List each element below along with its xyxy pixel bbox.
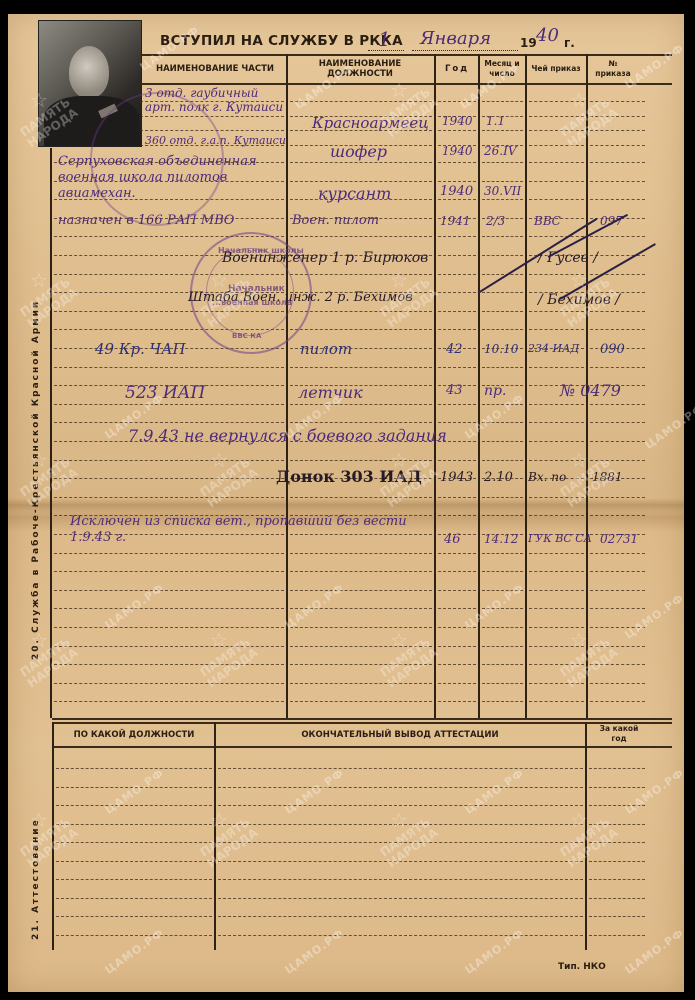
ruled-line [438, 255, 476, 257]
ruled-line [590, 683, 645, 685]
ruled-line [218, 916, 583, 918]
ruled-line [54, 627, 284, 629]
entry-1-date: 26.IV [484, 144, 517, 158]
ruled-line [529, 181, 584, 183]
ruled-line [590, 329, 645, 331]
ruled-line [218, 935, 583, 937]
ruled-line [590, 367, 645, 369]
ruled-line [482, 292, 523, 294]
ruled-line [482, 199, 523, 201]
ruled-line [438, 608, 476, 610]
ruled-line [590, 515, 645, 517]
ruled-line [438, 130, 476, 132]
attest-header-position: ПО КАКОЙ ДОЛЖНОСТИ [56, 730, 212, 740]
entry-5-year: 43 [446, 383, 463, 398]
ruled-line [290, 683, 432, 685]
entry-0-date: 1.1 [486, 114, 505, 128]
ruled-line [438, 683, 476, 685]
entry-3-order-by: ВВС [534, 214, 561, 228]
entry-2-position: курсант [318, 184, 391, 203]
ruled-line [290, 571, 432, 573]
ruled-line [590, 422, 645, 424]
ruled-line [290, 590, 432, 592]
ruled-line [529, 199, 584, 201]
ruled-line [56, 861, 212, 863]
ruled-line [290, 162, 432, 164]
ruled-line [590, 162, 645, 164]
date-year-prefix: 19 [520, 36, 537, 50]
ruled-line [438, 292, 476, 294]
entry-2-year: 1940 [440, 184, 473, 199]
ruled-line [438, 553, 476, 555]
col-header-order-by: Чей приказ [527, 64, 585, 74]
table-bottom-border [52, 718, 672, 720]
ruled-line [482, 664, 523, 666]
ruled-line [438, 162, 476, 164]
ruled-line [590, 571, 645, 573]
ruled-line [482, 181, 523, 183]
entry-4-unit: 49 Кр. ЧАП [95, 340, 186, 358]
attest-header-conclusion: ОКОНЧАТЕЛЬНЫЙ ВЫВОД АТТЕСТАЦИИ [220, 730, 580, 740]
ruled-line [482, 515, 523, 517]
ruled-line [482, 162, 523, 164]
ruled-line [482, 101, 523, 103]
entry-3-year: 1941 [440, 214, 471, 228]
ruled-line [590, 608, 645, 610]
ruled-line [482, 553, 523, 555]
ruled-line [438, 590, 476, 592]
entry-8-order-by: ГУК ВС СА [528, 532, 592, 545]
ruled-line [482, 683, 523, 685]
ruled-line [56, 879, 212, 881]
signature-1-name: Военинженер 1 р. Бирюков [222, 250, 428, 266]
ruled-line [529, 515, 584, 517]
ruled-line [589, 916, 645, 918]
table-left-border [50, 148, 52, 718]
ruled-line [438, 181, 476, 183]
ruled-line [482, 255, 523, 257]
entry-3-unit: назначен в 166 РАП МВО [58, 213, 234, 228]
ruled-line [438, 329, 476, 331]
ruled-line [218, 805, 583, 807]
ruled-line [54, 701, 284, 703]
ruled-line [529, 329, 584, 331]
entry-4-order-by: 234 ИАД [528, 342, 579, 355]
ruled-line [529, 608, 584, 610]
ruled-line [529, 404, 584, 406]
date-month: Января [420, 28, 491, 49]
ruled-line [529, 701, 584, 703]
entry-3-position: Воен. пилот [292, 213, 379, 228]
ruled-line [589, 787, 645, 789]
photo-face [69, 46, 109, 98]
ruled-line [438, 497, 476, 499]
ruled-line [590, 553, 645, 555]
ruled-line [590, 236, 645, 238]
ruled-line [290, 404, 432, 406]
ruled-line [482, 646, 523, 648]
ruled-line [438, 199, 476, 201]
ruled-line [56, 824, 212, 826]
ruled-line [290, 460, 432, 462]
ruled-line [54, 497, 284, 499]
attest-header-border [52, 746, 672, 748]
ruled-line [56, 898, 212, 900]
col-divider-2 [434, 54, 436, 718]
entry-5-date: пр. [484, 383, 506, 399]
ruled-line [56, 935, 212, 937]
ruled-line [290, 274, 432, 276]
ruled-line [529, 367, 584, 369]
entry-4-order-no: 090 [600, 342, 625, 357]
ruled-line [529, 571, 584, 573]
ruled-line [54, 590, 284, 592]
printer-mark: Тип. НКО [558, 962, 606, 972]
ruled-line [529, 590, 584, 592]
ruled-line [482, 441, 523, 443]
ruled-line [438, 367, 476, 369]
col-divider-4 [525, 54, 527, 718]
ruled-line [438, 701, 476, 703]
ruled-line [54, 367, 284, 369]
ruled-line [529, 422, 584, 424]
ruled-line [56, 768, 212, 770]
ruled-line [54, 422, 284, 424]
ruled-line [54, 683, 284, 685]
ruled-line [54, 608, 284, 610]
col-header-unit: НАИМЕНОВАНИЕ ЧАСТИ [145, 64, 285, 74]
ruled-line [438, 571, 476, 573]
ruled-line [590, 497, 645, 499]
entry-7-order-by: Вх. по [528, 470, 566, 484]
ruled-line [589, 768, 645, 770]
entry-3-date: 2/3 [486, 214, 505, 228]
entry-0-unit: 3 отд. гаубичный арт. полк г. Кутаиси [145, 86, 285, 114]
entry-2-date: 30.VII [484, 184, 521, 198]
ruled-line [482, 460, 523, 462]
entry-4-position: пилот [300, 340, 352, 358]
ruled-line [590, 199, 645, 201]
entry-8-note: Исключен из списка вет., пропавший без в… [70, 514, 440, 546]
ruled-line [438, 664, 476, 666]
ruled-line [589, 898, 645, 900]
ruled-line [482, 497, 523, 499]
ruled-line [218, 898, 583, 900]
ruled-line [482, 236, 523, 238]
date-month-underline [412, 49, 518, 51]
entry-5-order-no: № 0479 [560, 381, 621, 400]
ruled-line [218, 879, 583, 881]
ruled-line [590, 701, 645, 703]
ruled-line [438, 311, 476, 313]
ruled-line [56, 842, 212, 844]
ruled-line [482, 130, 523, 132]
ruled-line [529, 236, 584, 238]
entry-8-year: 46 [444, 532, 461, 547]
ruled-line [438, 515, 476, 517]
ruled-line [56, 916, 212, 918]
ruled-line [482, 627, 523, 629]
ruled-line [290, 701, 432, 703]
ruled-line [54, 404, 284, 406]
ruled-line [54, 571, 284, 573]
entry-1-position: шофер [330, 142, 387, 161]
ruled-line [590, 404, 645, 406]
entry-7-date: 2.10 [484, 470, 513, 485]
ruled-line [290, 553, 432, 555]
ruled-line [218, 787, 583, 789]
ruled-line [438, 236, 476, 238]
ruled-line [529, 553, 584, 555]
table-top-border [140, 54, 672, 56]
col-header-year: Год [436, 64, 478, 74]
ruled-line [290, 329, 432, 331]
ruled-line [438, 460, 476, 462]
ruled-line [482, 367, 523, 369]
entry-2-unit: Серпуховская объединенная военная школа … [58, 154, 286, 202]
date-year-suffix: 40 [536, 25, 559, 46]
entry-0-year: 1940 [442, 114, 473, 128]
ruled-line [290, 367, 432, 369]
ruled-line [589, 861, 645, 863]
ruled-line [590, 145, 645, 147]
ruled-line [290, 627, 432, 629]
ruled-line [438, 274, 476, 276]
ruled-line [529, 441, 584, 443]
ruled-line [54, 553, 284, 555]
col-header-position: НАИМЕНОВАНИЕ ДОЛЖНОСТИ [300, 59, 420, 79]
date-day: 1 [378, 27, 391, 51]
ruled-line [590, 181, 645, 183]
entry-7-year: 1943 [440, 470, 473, 485]
ruled-line [482, 311, 523, 313]
ruled-line [589, 935, 645, 937]
ruled-line [589, 879, 645, 881]
ruled-line [438, 646, 476, 648]
entry-8-date: 14.12 [484, 532, 518, 546]
ruled-line [290, 236, 432, 238]
entry-1-unit: 360 отд. г.а.п. Кутаиси [145, 134, 286, 147]
entry-1-year: 1940 [442, 144, 473, 158]
entry-4-year: 42 [446, 342, 463, 357]
ruled-line [529, 162, 584, 164]
entry-8-order-no: 02731 [600, 532, 638, 546]
ruled-line [218, 768, 583, 770]
ruled-line [438, 404, 476, 406]
ruled-line [482, 571, 523, 573]
entry-4-date: 10.10 [484, 342, 518, 356]
attest-header-year: За какой год [594, 724, 644, 744]
ruled-line [482, 329, 523, 331]
signature-1-sig: / Гусев / [538, 250, 598, 266]
ruled-line [590, 441, 645, 443]
stamp-bottom-text: ВВС КА [232, 332, 261, 340]
ruled-line [56, 805, 212, 807]
date-year-label: г. [564, 36, 575, 50]
ruled-line [290, 181, 432, 183]
ruled-line [590, 590, 645, 592]
attest-top-border [52, 722, 672, 724]
ruled-line [482, 701, 523, 703]
